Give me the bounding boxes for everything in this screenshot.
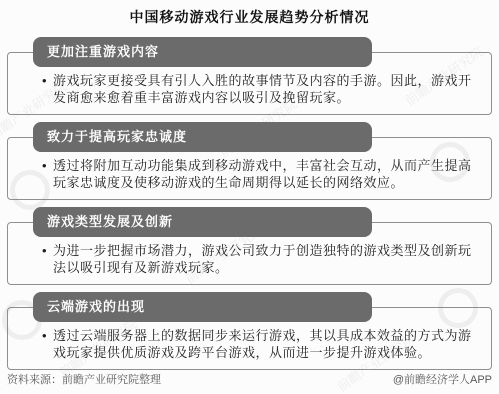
source-note: 资料来源：前瞻产业研究院整理 [7,371,161,387]
infographic-page: 中国移动游戏行业发展趋势分析情况 更加注重游戏内容 • 游戏玩家更接受具有引人入… [0,0,499,394]
section-3-bullet-item: • 为进一步把握市场潜力，游戏公司致力于创造独特的游戏类型及创新玩法以吸引现有及… [42,242,473,276]
page-title: 中国移动游戏行业发展趋势分析情况 [0,0,499,27]
section-2-heading: 致力于提高玩家忠诚度 [33,122,372,152]
app-credit: @前瞻经济学人APP [393,371,492,387]
section-4-bullet-text: 透过云端服务器上的数据同步来运行游戏，其以具成本效益的方式为游戏玩家提供优质游戏… [53,327,473,361]
section-genre-innovation: 游戏类型发展及创新 • 为进一步把握市场潜力，游戏公司致力于创造独特的游戏类型及… [7,207,492,285]
section-1-heading: 更加注重游戏内容 [33,37,372,67]
sections-container: 更加注重游戏内容 • 游戏玩家更接受具有引人入胜的故事情节及内容的手游。因此，游… [0,27,499,370]
section-4-heading: 云端游戏的出现 [33,292,372,322]
section-game-content: 更加注重游戏内容 • 游戏玩家更接受具有引人入胜的故事情节及内容的手游。因此，游… [7,37,492,115]
section-3-heading: 游戏类型发展及创新 [33,207,372,237]
section-2-bullet-item: • 透过将附加互动功能集成到移动游戏中，丰富社会互动，从而产生提高玩家忠诚度及使… [42,157,473,191]
section-1-bullet-text: 游戏玩家更接受具有引人入胜的故事情节及内容的手游。因此，游戏开发商愈来愈着重丰富… [53,72,473,106]
bullet-icon: • [42,242,53,276]
bullet-icon: • [42,157,53,191]
section-player-loyalty: 致力于提高玩家忠诚度 • 透过将附加互动功能集成到移动游戏中，丰富社会互动，从而… [7,122,492,200]
bullet-icon: • [42,72,53,106]
section-3-bullet-text: 为进一步把握市场潜力，游戏公司致力于创造独特的游戏类型及创新玩法以吸引现有及新游… [53,242,473,276]
section-2-bullet-text: 透过将附加互动功能集成到移动游戏中，丰富社会互动，从而产生提高玩家忠诚度及使移动… [53,157,473,191]
bullet-icon: • [42,327,53,361]
section-1-bullet-item: • 游戏玩家更接受具有引人入胜的故事情节及内容的手游。因此，游戏开发商愈来愈着重… [42,72,473,106]
footer: 资料来源：前瞻产业研究院整理 @前瞻经济学人APP [7,371,492,387]
section-4-bullet-item: • 透过云端服务器上的数据同步来运行游戏，其以具成本效益的方式为游戏玩家提供优质… [42,327,473,361]
section-cloud-gaming: 云端游戏的出现 • 透过云端服务器上的数据同步来运行游戏，其以具成本效益的方式为… [7,292,492,370]
